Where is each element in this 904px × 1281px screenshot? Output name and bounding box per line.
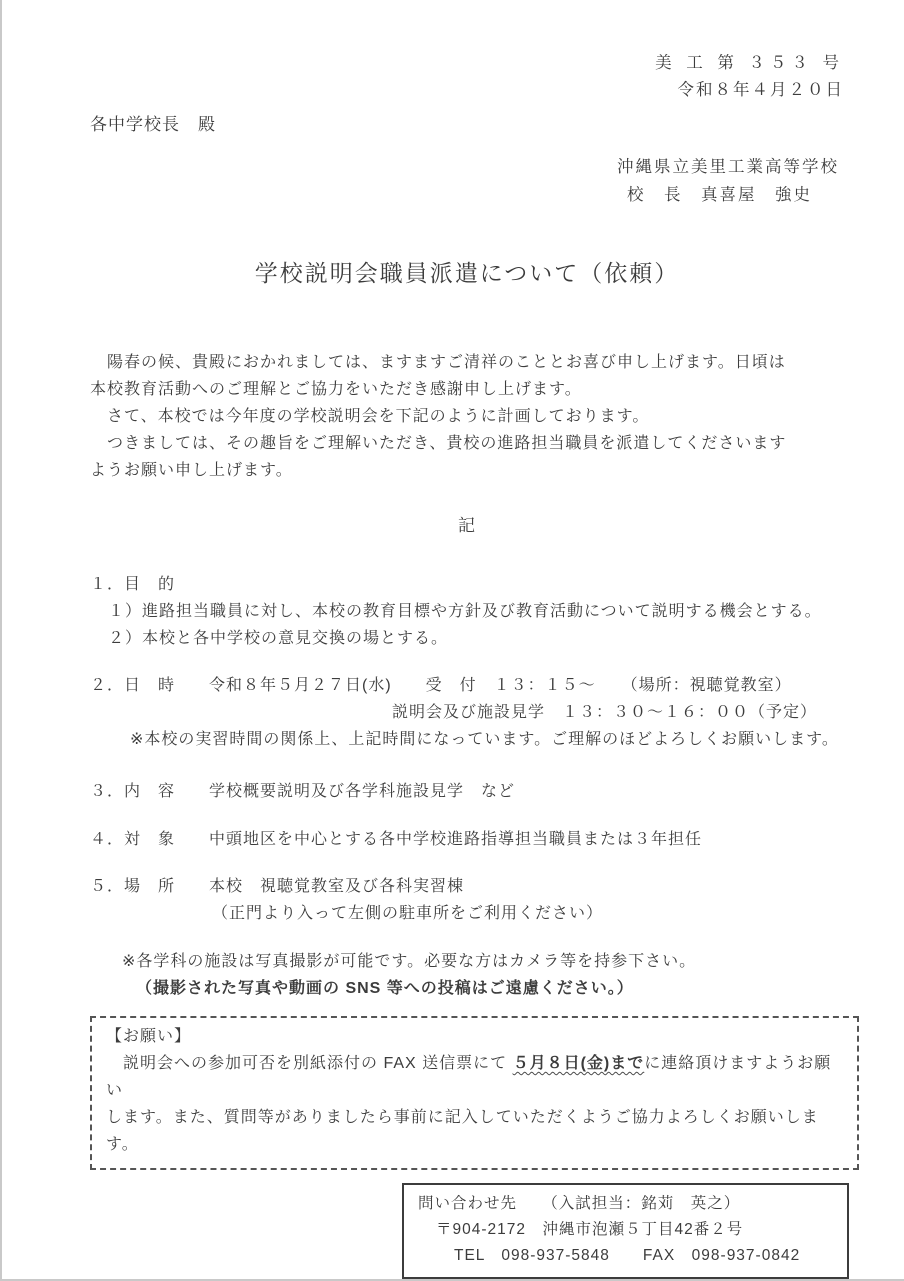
contact-box: 問い合わせ先 （入試担当：銘苅 英之） 〒904-2172 沖縄市泡瀬５丁目42… [402, 1183, 849, 1279]
item-target-label: ４．対 象 中頭地区を中心とする各中学校進路指導担当職員または３年担任 [90, 826, 844, 853]
document-title: 学校説明会職員派遣について（依頼） [90, 257, 844, 289]
contact-address: 〒904-2172 沖縄市泡瀬５丁目42番２号 [436, 1217, 837, 1243]
request-box: 【お願い】 説明会への参加可否を別紙添付の FAX 送信票にて ５月８日(金)ま… [90, 1016, 859, 1170]
document-content: 美 工 第 ３５３ 号 令和８年４月２０日 各中学校長 殿 沖縄県立美里工業高等… [2, 0, 904, 1279]
letterhead-right: 美 工 第 ３５３ 号 令和８年４月２０日 [90, 50, 844, 104]
photo-note: ※各学科の施設は写真撮影が可能です。必要な方はカメラ等を持参下さい。 [122, 948, 844, 975]
item-place: ５．場 所 本校 視聴覚教室及び各科実習棟 （正門より入って左側の駐車所をご利用… [90, 873, 844, 927]
issue-date: 令和８年４月２０日 [90, 77, 844, 104]
request-box-text: 説明会への参加可否を別紙添付の FAX 送信票にて ５月８日(金)までに連絡頂け… [106, 1050, 843, 1158]
addressee: 各中学校長 殿 [90, 111, 844, 138]
request-deadline: ５月８日(金)まで [513, 1055, 645, 1072]
item-purpose-label: １．目 的 [90, 571, 844, 598]
item-datetime: ２．日 時 令和８年５月２７日(水) 受 付 １３：１５～ （場所：視聴覚教室）… [90, 672, 844, 753]
request-text-pre: 説明会への参加可否を別紙添付の FAX 送信票にて [106, 1055, 513, 1072]
record-heading: 記 [90, 512, 844, 539]
item-datetime-note: ※本校の実習時間の関係上、上記時間になっています。ご理解のほどよろしくお願いしま… [130, 726, 844, 753]
contact-tel-fax: TEL 098-937-5848 FAX 098-937-0842 [454, 1243, 837, 1269]
request-box-heading: 【お願い】 [106, 1023, 843, 1050]
doc-number: 美 工 第 ３５３ 号 [90, 50, 844, 77]
item-purpose: １．目 的 １）進路担当職員に対し、本校の教育目標や方針及び教育活動について説明… [90, 571, 844, 652]
photo-note-sns: （撮影された写真や動画の SNS 等への投稿はご遠慮ください。） [136, 975, 844, 1002]
sender-block: 沖縄県立美里工業高等学校 校 長 真喜屋 強史 [617, 153, 844, 209]
document-page: 美 工 第 ３５３ 号 令和８年４月２０日 各中学校長 殿 沖縄県立美里工業高等… [0, 0, 904, 1281]
item-datetime-label: ２．日 時 令和８年５月２７日(水) 受 付 １３：１５～ （場所：視聴覚教室） [90, 672, 844, 699]
item-content: ３．内 容 学校概要説明及び各学科施設見学 など [90, 778, 844, 805]
item-datetime-line2: 説明会及び施設見学 １３：３０～１６：００（予定） [392, 699, 844, 726]
sender-principal: 校 長 真喜屋 強史 [627, 181, 844, 209]
contact-line1: 問い合わせ先 （入試担当：銘苅 英之） [418, 1191, 837, 1217]
item-place-label: ５．場 所 本校 視聴覚教室及び各科実習棟 [90, 873, 844, 900]
greeting-paragraphs: 陽春の候、貴殿におかれましては、ますますご清祥のこととお喜び申し上げます。日頃は… [90, 349, 844, 484]
item-content-label: ３．内 容 学校概要説明及び各学科施設見学 など [90, 778, 844, 805]
sender-school: 沖縄県立美里工業高等学校 [617, 153, 844, 181]
item-target: ４．対 象 中頭地区を中心とする各中学校進路指導担当職員または３年担任 [90, 826, 844, 853]
item-purpose-sub1: １）進路担当職員に対し、本校の教育目標や方針及び教育活動について説明する機会とす… [108, 598, 844, 625]
item-purpose-sub2: ２）本校と各中学校の意見交換の場とする。 [108, 625, 844, 652]
item-place-line2: （正門より入って左側の駐車所をご利用ください） [212, 900, 844, 927]
